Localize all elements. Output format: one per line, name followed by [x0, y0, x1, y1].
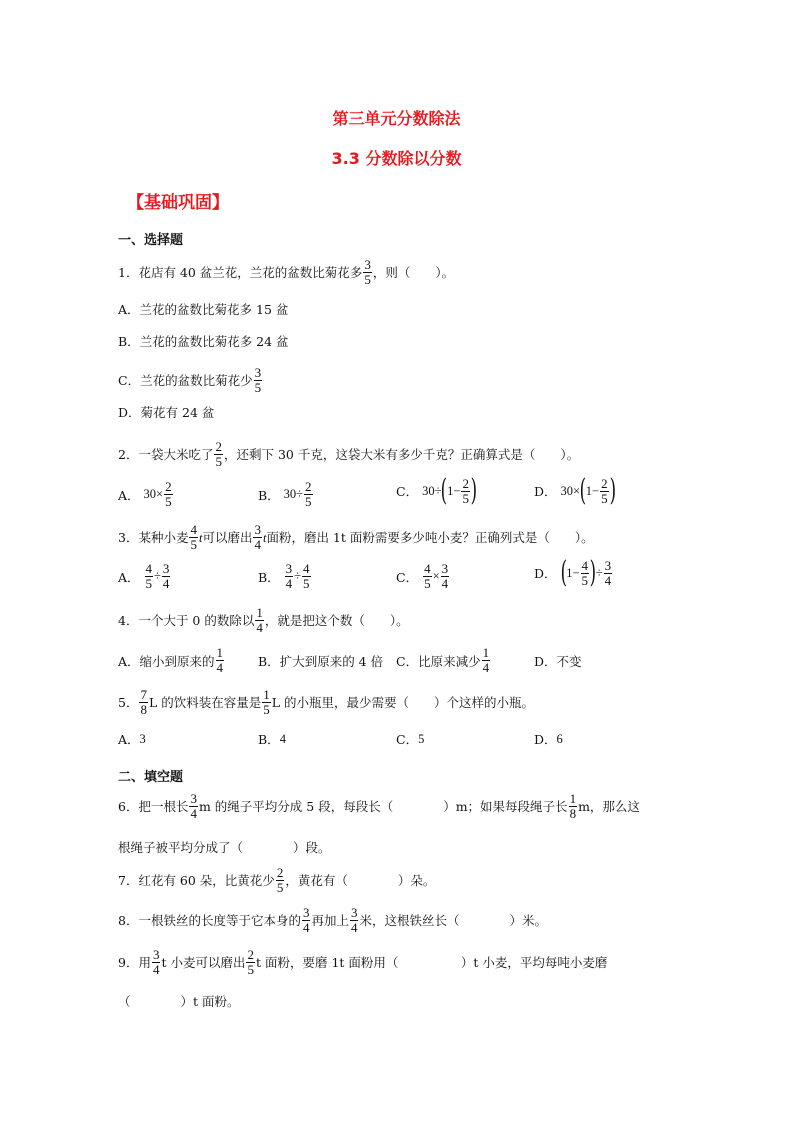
question-9-line2: （ ）t 面粉。 [118, 992, 240, 1012]
fraction: 35 [254, 366, 263, 395]
question-8: 8． 一根铁丝的长度等于它本身的 34 再加上 34 米，这根铁丝长（ ）米。 [118, 906, 547, 935]
option-1a: A．兰花的盆数比菊花多 15 盆 [118, 300, 288, 320]
option-4d: D．不变 [534, 652, 582, 670]
option-4a: A．缩小到原来的 14 [118, 646, 225, 675]
option-2d: D． 30× (1− 25) [534, 476, 615, 506]
option-4b: B．扩大到原来的 4 倍 [258, 652, 383, 670]
option-5d: D．6 [534, 730, 563, 748]
worksheet-page: 第三单元分数除法 3.3 分数除以分数 【基础巩固】 一、选择题 1． 花店有 … [0, 0, 793, 1122]
part2-heading: 二、填空题 [118, 766, 183, 785]
unit-title: 第三单元分数除法 [0, 106, 793, 129]
option-2c: C． 30÷ (1− 25) [396, 476, 477, 506]
option-3b: B． 34÷ 45 [258, 562, 312, 591]
option-5c: C．5 [396, 730, 424, 748]
option-3a: A． 45÷ 34 [118, 562, 171, 591]
question-text: ，则（ ）。 [373, 263, 454, 283]
question-3: 3． 某种小麦 45t 可以磨出 34t 面粉，磨出 1t 面粉需要多少吨小麦？… [118, 523, 594, 552]
option-4c: C．比原来减少 14 [396, 646, 491, 675]
question-9: 9． 用 34 t 小麦可以磨出 25 t 面粉，要磨 1t 面粉用（ ）t 小… [118, 948, 607, 977]
lesson-title: 3.3 分数除以分数 [0, 146, 793, 169]
option-1c: C．兰花的盆数比菊花少 35 [118, 366, 263, 395]
question-4: 4． 一个大于 0 的数除以 14 ，就是把这个数（ ）。 [118, 606, 409, 635]
fraction: 25 [214, 440, 223, 469]
option-1b: B．兰花的盆数比菊花多 24 盆 [118, 332, 289, 352]
option-2a: A． 30× 25 [118, 480, 174, 509]
question-6: 6． 把一根长 34 m 的绳子平均分成 5 段，每段长（ ）m；如果每段绳子长… [118, 792, 640, 821]
option-5a: A．3 [118, 730, 146, 748]
part1-heading: 一、选择题 [118, 229, 183, 248]
section-label: 【基础巩固】 [127, 188, 229, 213]
question-number: 1． [118, 263, 138, 283]
question-6-line2: 根绳子被平均分成了（ ）段。 [118, 838, 331, 858]
question-2: 2． 一袋大米吃了 25 ，还剩下 30 千克，这袋大米有多少千克？正确算式是（… [118, 440, 579, 469]
question-text: 花店有 40 盆兰花，兰花的盆数比菊花多 [138, 263, 362, 283]
question-7: 7． 红花有 60 朵，比黄花少 25 ，黄花有（ ）朵。 [118, 866, 435, 895]
question-1: 1． 花店有 40 盆兰花，兰花的盆数比菊花多 35 ，则（ ）。 [118, 258, 454, 287]
fraction: 35 [363, 258, 372, 287]
option-2b: B． 30÷ 25 [258, 480, 314, 509]
option-3c: C． 45× 34 [396, 562, 450, 591]
question-5: 5． 78 L 的饮料装在容量是 15 L 的小瓶里，最少需要（ ）个这样的小瓶… [118, 688, 534, 717]
option-1d: D．菊花有 24 盆 [118, 403, 214, 423]
option-3d: D． (1− 45)÷ 34 [534, 558, 613, 588]
option-5b: B．4 [258, 730, 286, 748]
